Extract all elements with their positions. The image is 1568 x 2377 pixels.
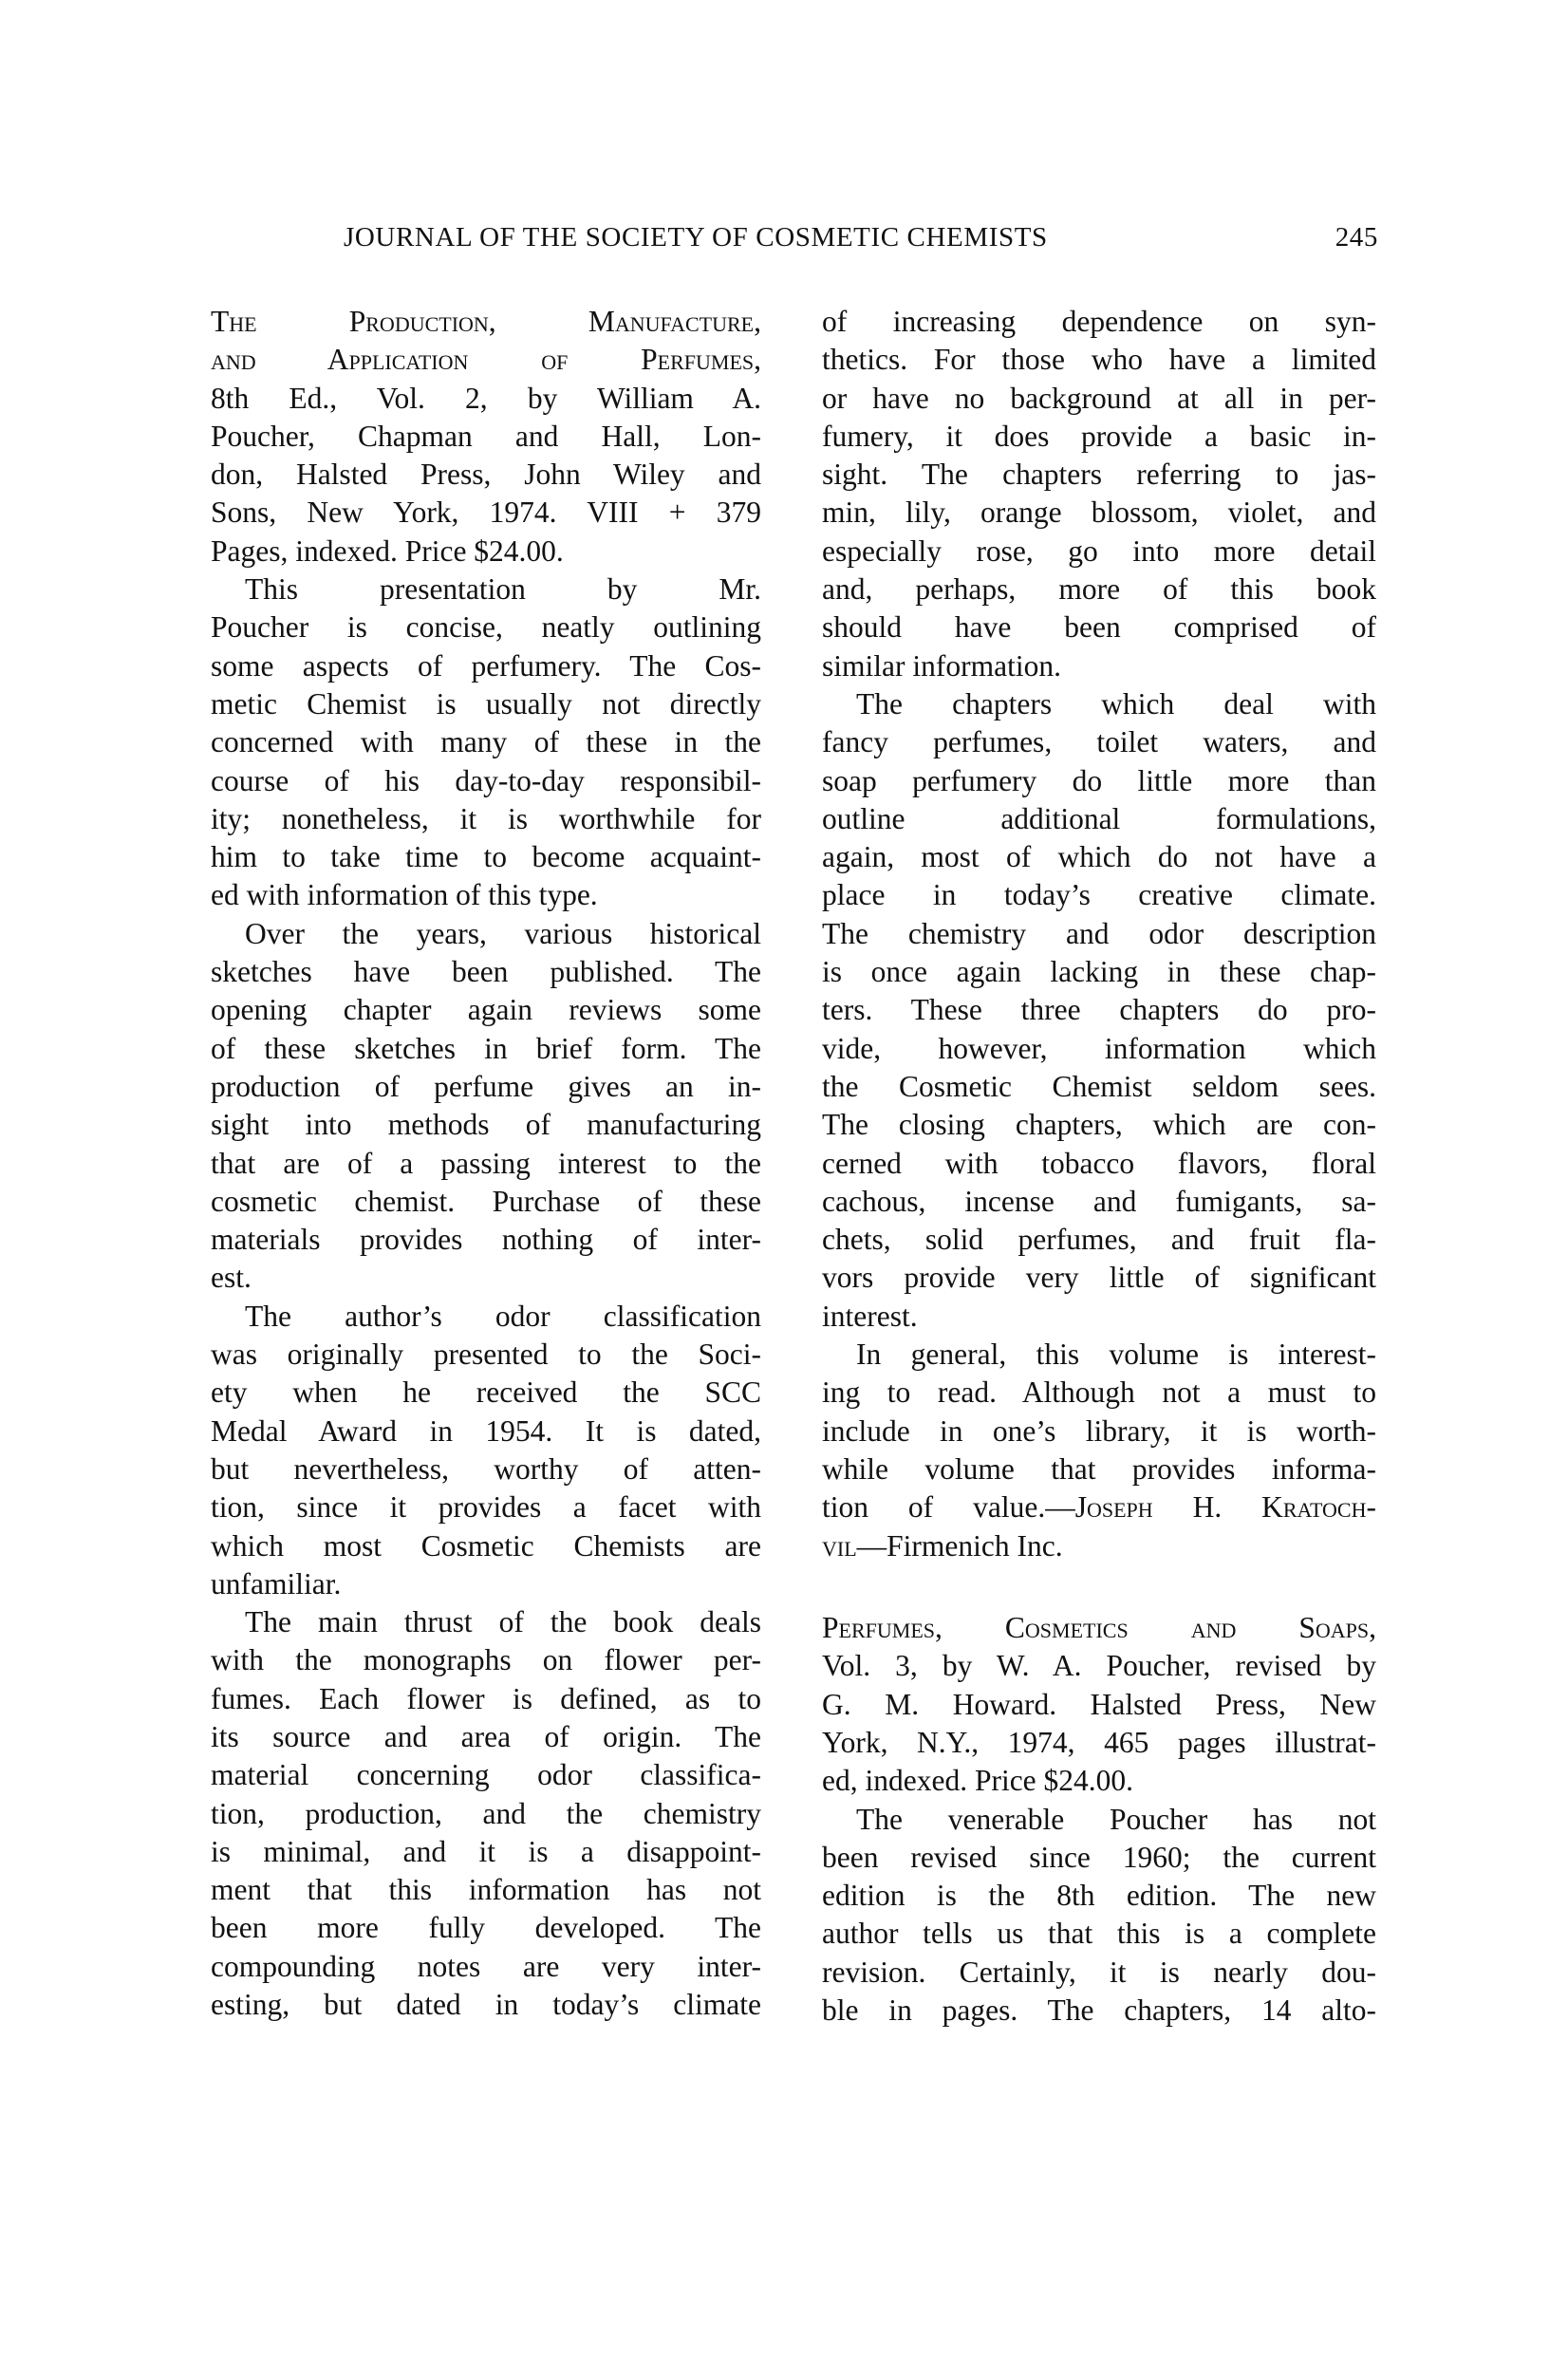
- text-line: been more fully developed. The: [211, 1909, 761, 1947]
- text-line: fumery, it does provide a basic in-: [822, 418, 1376, 456]
- text-line: of these sketches in brief form. The: [211, 1030, 761, 1068]
- text-line: opening chapter again reviews some: [211, 991, 761, 1029]
- text-line: cerned with tobacco flavors, floral: [822, 1145, 1376, 1183]
- heading-word: Perfumes,: [641, 343, 761, 376]
- text-line: ing to read. Although not a must to: [822, 1374, 1376, 1412]
- text-line: should have been comprised of: [822, 608, 1376, 646]
- text-line: ble in pages. The chapters, 14 alto-: [822, 1992, 1376, 2030]
- signature-line-2: vil—Firmenich Inc.: [822, 1527, 1376, 1565]
- paragraph-start-line: Over the years, various historical: [211, 915, 761, 953]
- text-line: or have no background at all in per-: [822, 380, 1376, 418]
- text-line: is once again lacking in these chap-: [822, 953, 1376, 991]
- text-line: production of perfume gives an in-: [211, 1068, 761, 1106]
- text-line: sketches have been published. The: [211, 953, 761, 991]
- paragraph-start-line: The main thrust of the book deals: [211, 1603, 761, 1641]
- text-line: revision. Certainly, it is nearly dou-: [822, 1954, 1376, 1992]
- text-line: York, N.Y., 1974, 465 pages illustrat-: [822, 1724, 1376, 1762]
- text-line: especially rose, go into more detail: [822, 533, 1376, 571]
- text-line: Vol. 3, by W. A. Poucher, revised by: [822, 1647, 1376, 1685]
- paragraph-start-line: The chapters which deal with: [822, 685, 1376, 723]
- text-line: ety when he received the SCC: [211, 1374, 761, 1412]
- review-heading-line-2: and Application of Perfumes,: [211, 341, 761, 379]
- text-line: again, most of which do not have a: [822, 838, 1376, 876]
- text-line: course of his day-to-day responsibil-: [211, 762, 761, 800]
- signature-line: tion of value.—Joseph H. Kratoch-: [822, 1488, 1376, 1526]
- text-line: and, perhaps, more of this book: [822, 571, 1376, 608]
- text-line: Poucher, Chapman and Hall, Lon-: [211, 418, 761, 456]
- text-line: ment that this information has not: [211, 1871, 761, 1909]
- signature-prefix: tion of value.—: [822, 1490, 1075, 1524]
- journal-title: JOURNAL OF THE SOCIETY OF COSMETIC CHEMI…: [344, 220, 1048, 254]
- text-line: while volume that provides informa-: [822, 1451, 1376, 1488]
- text-line: ity; nonetheless, it is worthwhile for: [211, 800, 761, 838]
- journal-page: JOURNAL OF THE SOCIETY OF COSMETIC CHEMI…: [0, 0, 1568, 2377]
- text-line: material concerning odor classifica-: [211, 1756, 761, 1794]
- heading-word: of: [541, 343, 568, 376]
- text-line: The closing chapters, which are con-: [822, 1106, 1376, 1144]
- text-line: with the monographs on flower per-: [211, 1641, 761, 1679]
- text-line: tion, production, and the chemistry: [211, 1795, 761, 1833]
- text-line: Sons, New York, 1974. VIII + 379: [211, 494, 761, 532]
- heading-word: Manufacture,: [588, 305, 761, 338]
- running-header: JOURNAL OF THE SOCIETY OF COSMETIC CHEMI…: [344, 220, 1378, 254]
- text-line: fumes. Each flower is defined, as to: [211, 1680, 761, 1718]
- text-line: ed, indexed. Price $24.00.: [822, 1762, 1376, 1800]
- text-line: unfamiliar.: [211, 1565, 761, 1603]
- text-line: is minimal, and it is a disappoint-: [211, 1833, 761, 1871]
- left-column: The Production, Manufacture, and Applica…: [211, 303, 761, 2024]
- text-line: compounding notes are very inter-: [211, 1948, 761, 1986]
- text-line: edition is the 8th edition. The new: [822, 1877, 1376, 1915]
- heading-word: The: [211, 305, 257, 338]
- paragraph-start-line: This presentation by Mr.: [211, 571, 761, 608]
- text-line: fancy perfumes, toilet waters, and: [822, 723, 1376, 761]
- text-line: esting, but dated in today’s climate: [211, 1986, 761, 2024]
- text-line: concerned with many of these in the: [211, 723, 761, 761]
- text-line: sight into methods of manufacturing: [211, 1106, 761, 1144]
- text-line: G. M. Howard. Halsted Press, New: [822, 1686, 1376, 1724]
- page-number: 245: [1335, 220, 1378, 254]
- text-line: cosmetic chemist. Purchase of these: [211, 1183, 761, 1221]
- text-line: Medal Award in 1954. It is dated,: [211, 1413, 761, 1451]
- text-line: which most Cosmetic Chemists are: [211, 1527, 761, 1565]
- text-line: 8th Ed., Vol. 2, by William A.: [211, 380, 761, 418]
- text-line: of increasing dependence on syn-: [822, 303, 1376, 341]
- text-line: materials provides nothing of inter-: [211, 1221, 761, 1259]
- text-line: the Cosmetic Chemist seldom sees.: [822, 1068, 1376, 1106]
- text-line: Pages, indexed. Price $24.00.: [211, 533, 761, 571]
- text-line: its source and area of origin. The: [211, 1718, 761, 1756]
- heading-word: Application: [327, 343, 469, 376]
- text-line: chets, solid perfumes, and fruit fla-: [822, 1221, 1376, 1259]
- heading-word: Soaps,: [1298, 1611, 1376, 1644]
- right-column: of increasing dependence on syn- thetics…: [822, 303, 1376, 2030]
- text-line: ters. These three chapters do pro-: [822, 991, 1376, 1029]
- text-line: place in today’s creative climate.: [822, 876, 1376, 914]
- reviewer-name: Joseph H. Kratoch-: [1075, 1490, 1376, 1524]
- text-line: Poucher is concise, neatly outlining: [211, 608, 761, 646]
- text-line: include in one’s library, it is worth-: [822, 1413, 1376, 1451]
- text-line: est.: [211, 1259, 761, 1297]
- text-line: outline additional formulations,: [822, 800, 1376, 838]
- paragraph-start-line: In general, this volume is interest-: [822, 1336, 1376, 1374]
- text-line: some aspects of perfumery. The Cos-: [211, 647, 761, 685]
- text-line: ed with information of this type.: [211, 876, 761, 914]
- review-heading-line-1: The Production, Manufacture,: [211, 303, 761, 341]
- text-line: but nevertheless, worthy of atten-: [211, 1451, 761, 1488]
- heading-word: Perfumes,: [822, 1611, 943, 1644]
- text-line: don, Halsted Press, John Wiley and: [211, 456, 761, 494]
- text-line: metic Chemist is usually not directly: [211, 685, 761, 723]
- heading-word: and: [211, 343, 256, 376]
- review2-heading-line: Perfumes, Cosmetics and Soaps,: [822, 1609, 1376, 1647]
- text-line: author tells us that this is a complete: [822, 1915, 1376, 1953]
- reviewer-name-end: vil: [822, 1529, 857, 1563]
- text-line: The chemistry and odor description: [822, 915, 1376, 953]
- text-line: interest.: [822, 1298, 1376, 1336]
- text-line: sight. The chapters referring to jas-: [822, 456, 1376, 494]
- heading-word: and: [1191, 1611, 1237, 1644]
- text-line: vide, however, information which: [822, 1030, 1376, 1068]
- text-line: was originally presented to the Soci-: [211, 1336, 761, 1374]
- text-line: that are of a passing interest to the: [211, 1145, 761, 1183]
- text-line: tion, since it provides a facet with: [211, 1488, 761, 1526]
- text-line: cachous, incense and fumigants, sa-: [822, 1183, 1376, 1221]
- reviewer-affiliation: —Firmenich Inc.: [857, 1529, 1063, 1563]
- text-line: been revised since 1960; the current: [822, 1839, 1376, 1877]
- text-line: soap perfumery do little more than: [822, 762, 1376, 800]
- heading-word: Production,: [349, 305, 496, 338]
- text-line: thetics. For those who have a limited: [822, 341, 1376, 379]
- paragraph-start-line: The author’s odor classification: [211, 1298, 761, 1336]
- text-line: him to take time to become acquaint-: [211, 838, 761, 876]
- text-line: min, lily, orange blossom, violet, and: [822, 494, 1376, 532]
- paragraph-start-line: The venerable Poucher has not: [822, 1801, 1376, 1839]
- text-line: vors provide very little of significant: [822, 1259, 1376, 1297]
- heading-word: Cosmetics: [1005, 1611, 1129, 1644]
- text-line: similar information.: [822, 647, 1376, 685]
- section-gap: [822, 1565, 1376, 1603]
